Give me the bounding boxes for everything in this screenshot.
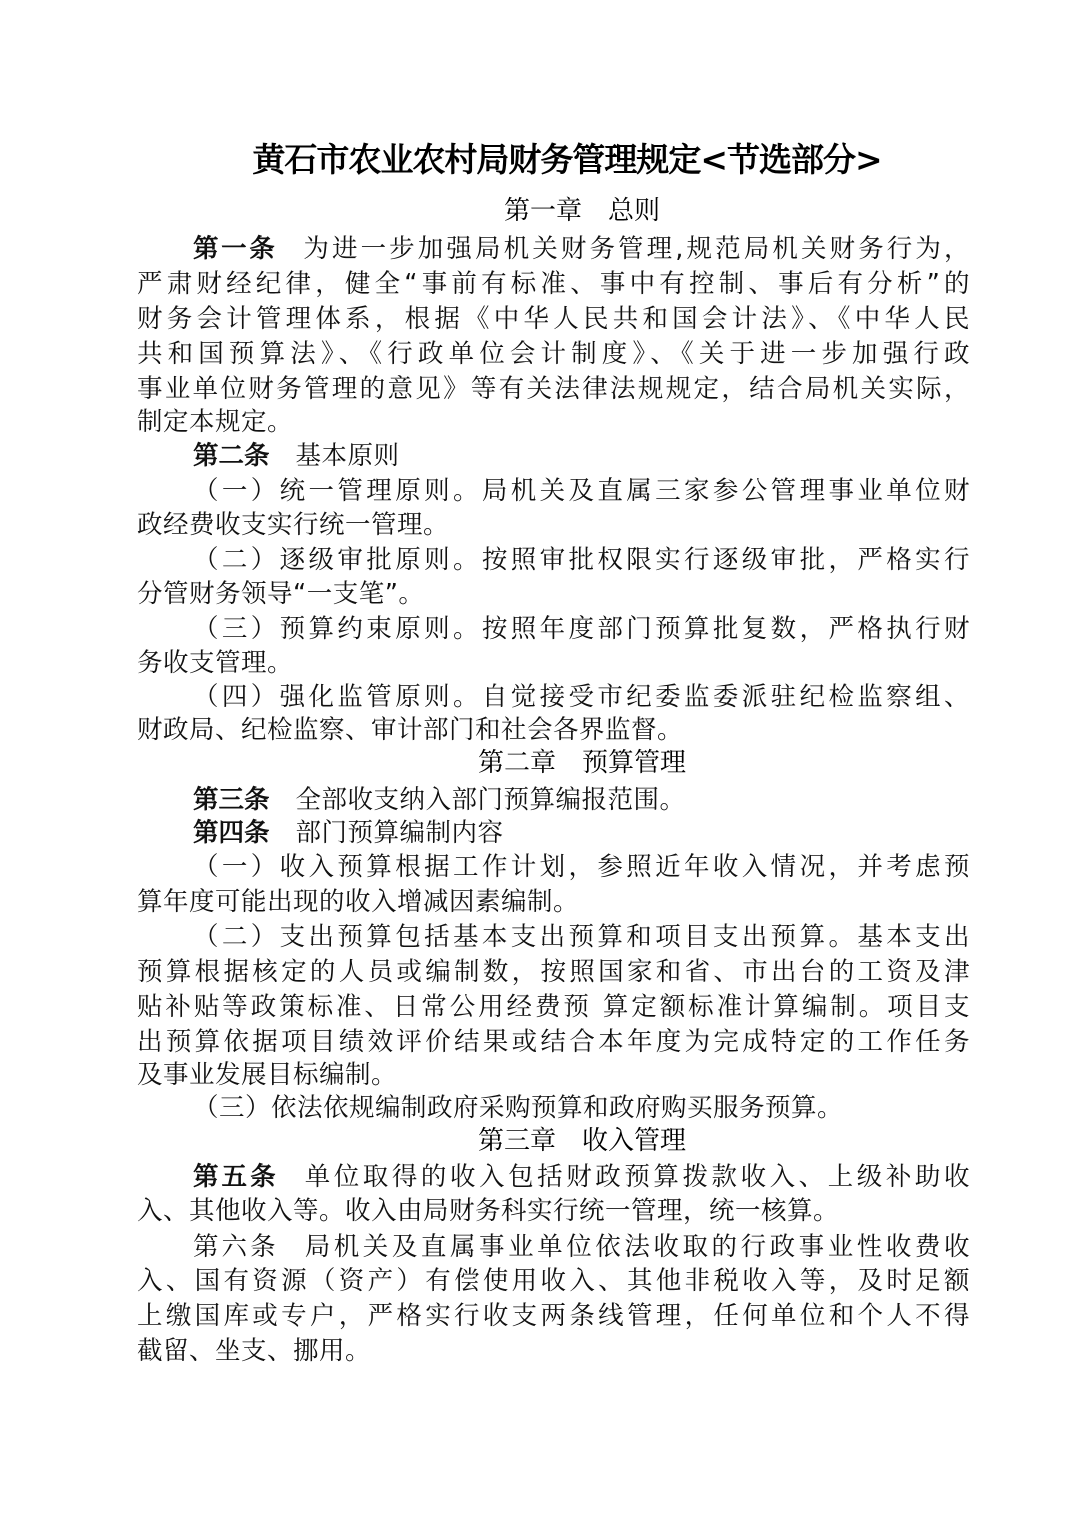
- principle-2-line-2: 分管财务领导“一支笔”。: [137, 577, 970, 611]
- article-6-line-4: 截留、坐支、挪用。: [137, 1334, 970, 1368]
- principle-4-line-1: （四）强化监管原则。自觉接受市纪委监委派驻纪检监察组、: [193, 680, 970, 714]
- article-1-line-3: 财务会计管理体系，根据《中华人民共和国会计法》、《中华人民: [137, 302, 970, 336]
- article-1-line-6: 制定本规定。: [137, 405, 970, 439]
- content-2-line-3: 贴补贴等政策标准、日常公用经费预 算定额标准计算编制。项目支: [137, 990, 970, 1024]
- content-1-line-2: 算年度可能出现的收入增减因素编制。: [137, 885, 970, 919]
- article-5-line-2: 入、其他收入等。收入由局财务科实行统一管理，统一核算。: [137, 1194, 970, 1228]
- document-title: 黄石市农业农村局财务管理规定<节选部分>: [0, 138, 1074, 182]
- content-2-line-1: （二）支出预算包括基本支出预算和项目支出预算。基本支出: [193, 920, 970, 954]
- content-2-line-5: 及事业发展目标编制。: [137, 1058, 970, 1092]
- article-5-line-1: 第五条单位取得的收入包括财政预算拨款收入、上级补助收: [193, 1160, 970, 1194]
- content-2-line-4: 出预算依据项目绩效评价结果或结合本年度为完成特定的工作任务: [137, 1025, 970, 1059]
- article-2-heading: 第二条基本原则: [193, 439, 970, 473]
- article-label: 第二条: [193, 441, 270, 471]
- article-label: 第六条: [193, 1232, 279, 1262]
- article-1-line-5: 事业单位财务管理的意见》等有关法律法规规定，结合局机关实际，: [137, 372, 970, 406]
- principle-2-line-1: （二）逐级审批原则。按照审批权限实行逐级审批，严格实行: [193, 543, 970, 577]
- chapter-heading-1: 第一章 总则: [0, 194, 1074, 228]
- content-2-line-2: 预算根据核定的人员或编制数，按照国家和省、市出台的工资及津: [137, 955, 970, 989]
- document-page: 黄石市农业农村局财务管理规定<节选部分> 第一章 总则 第一条为进一步加强局机关…: [0, 0, 1074, 1520]
- article-label: 第五条: [193, 1162, 279, 1192]
- chapter-heading-3: 第三章 收入管理: [0, 1124, 1074, 1158]
- article-1-line-1: 第一条为进一步加强局机关财务管理,规范局机关财务行为，: [193, 232, 970, 266]
- chapter-heading-2: 第二章 预算管理: [0, 746, 1074, 780]
- article-6-line-2: 入、国有资源（资产）有偿使用收入、其他非税收入等，及时足额: [137, 1264, 970, 1298]
- article-6-line-3: 上缴国库或专户，严格实行收支两条线管理，任何单位和个人不得: [137, 1299, 970, 1333]
- article-label: 第三条: [193, 785, 270, 815]
- content-1-line-1: （一）收入预算根据工作计划，参照近年收入情况，并考虑预: [193, 850, 970, 884]
- article-1-line-2: 严肃财经纪律，健全“事前有标准、事中有控制、事后有分析”的: [137, 267, 970, 301]
- principle-1-line-1: （一）统一管理原则。局机关及直属三家参公管理事业单位财: [193, 474, 970, 508]
- principle-3-line-2: 务收支管理。: [137, 646, 970, 680]
- principle-4-line-2: 财政局、纪检监察、审计部门和社会各界监督。: [137, 713, 970, 747]
- article-4-heading: 第四条部门预算编制内容: [193, 816, 970, 850]
- article-3: 第三条全部收支纳入部门预算编报范围。: [193, 783, 970, 817]
- content-3-line-1: （三）依法依规编制政府采购预算和政府购买服务预算。: [193, 1091, 970, 1125]
- principle-3-line-1: （三）预算约束原则。按照年度部门预算批复数，严格执行财: [193, 612, 970, 646]
- article-1-line-4: 共和国预算法》、《行政单位会计制度》、《关于进一步加强行政: [137, 337, 970, 371]
- article-label: 第四条: [193, 818, 270, 848]
- article-6-line-1: 第六条局机关及直属事业单位依法收取的行政事业性收费收: [193, 1230, 970, 1264]
- article-label: 第一条: [193, 234, 277, 264]
- principle-1-line-2: 政经费收支实行统一管理。: [137, 508, 970, 542]
